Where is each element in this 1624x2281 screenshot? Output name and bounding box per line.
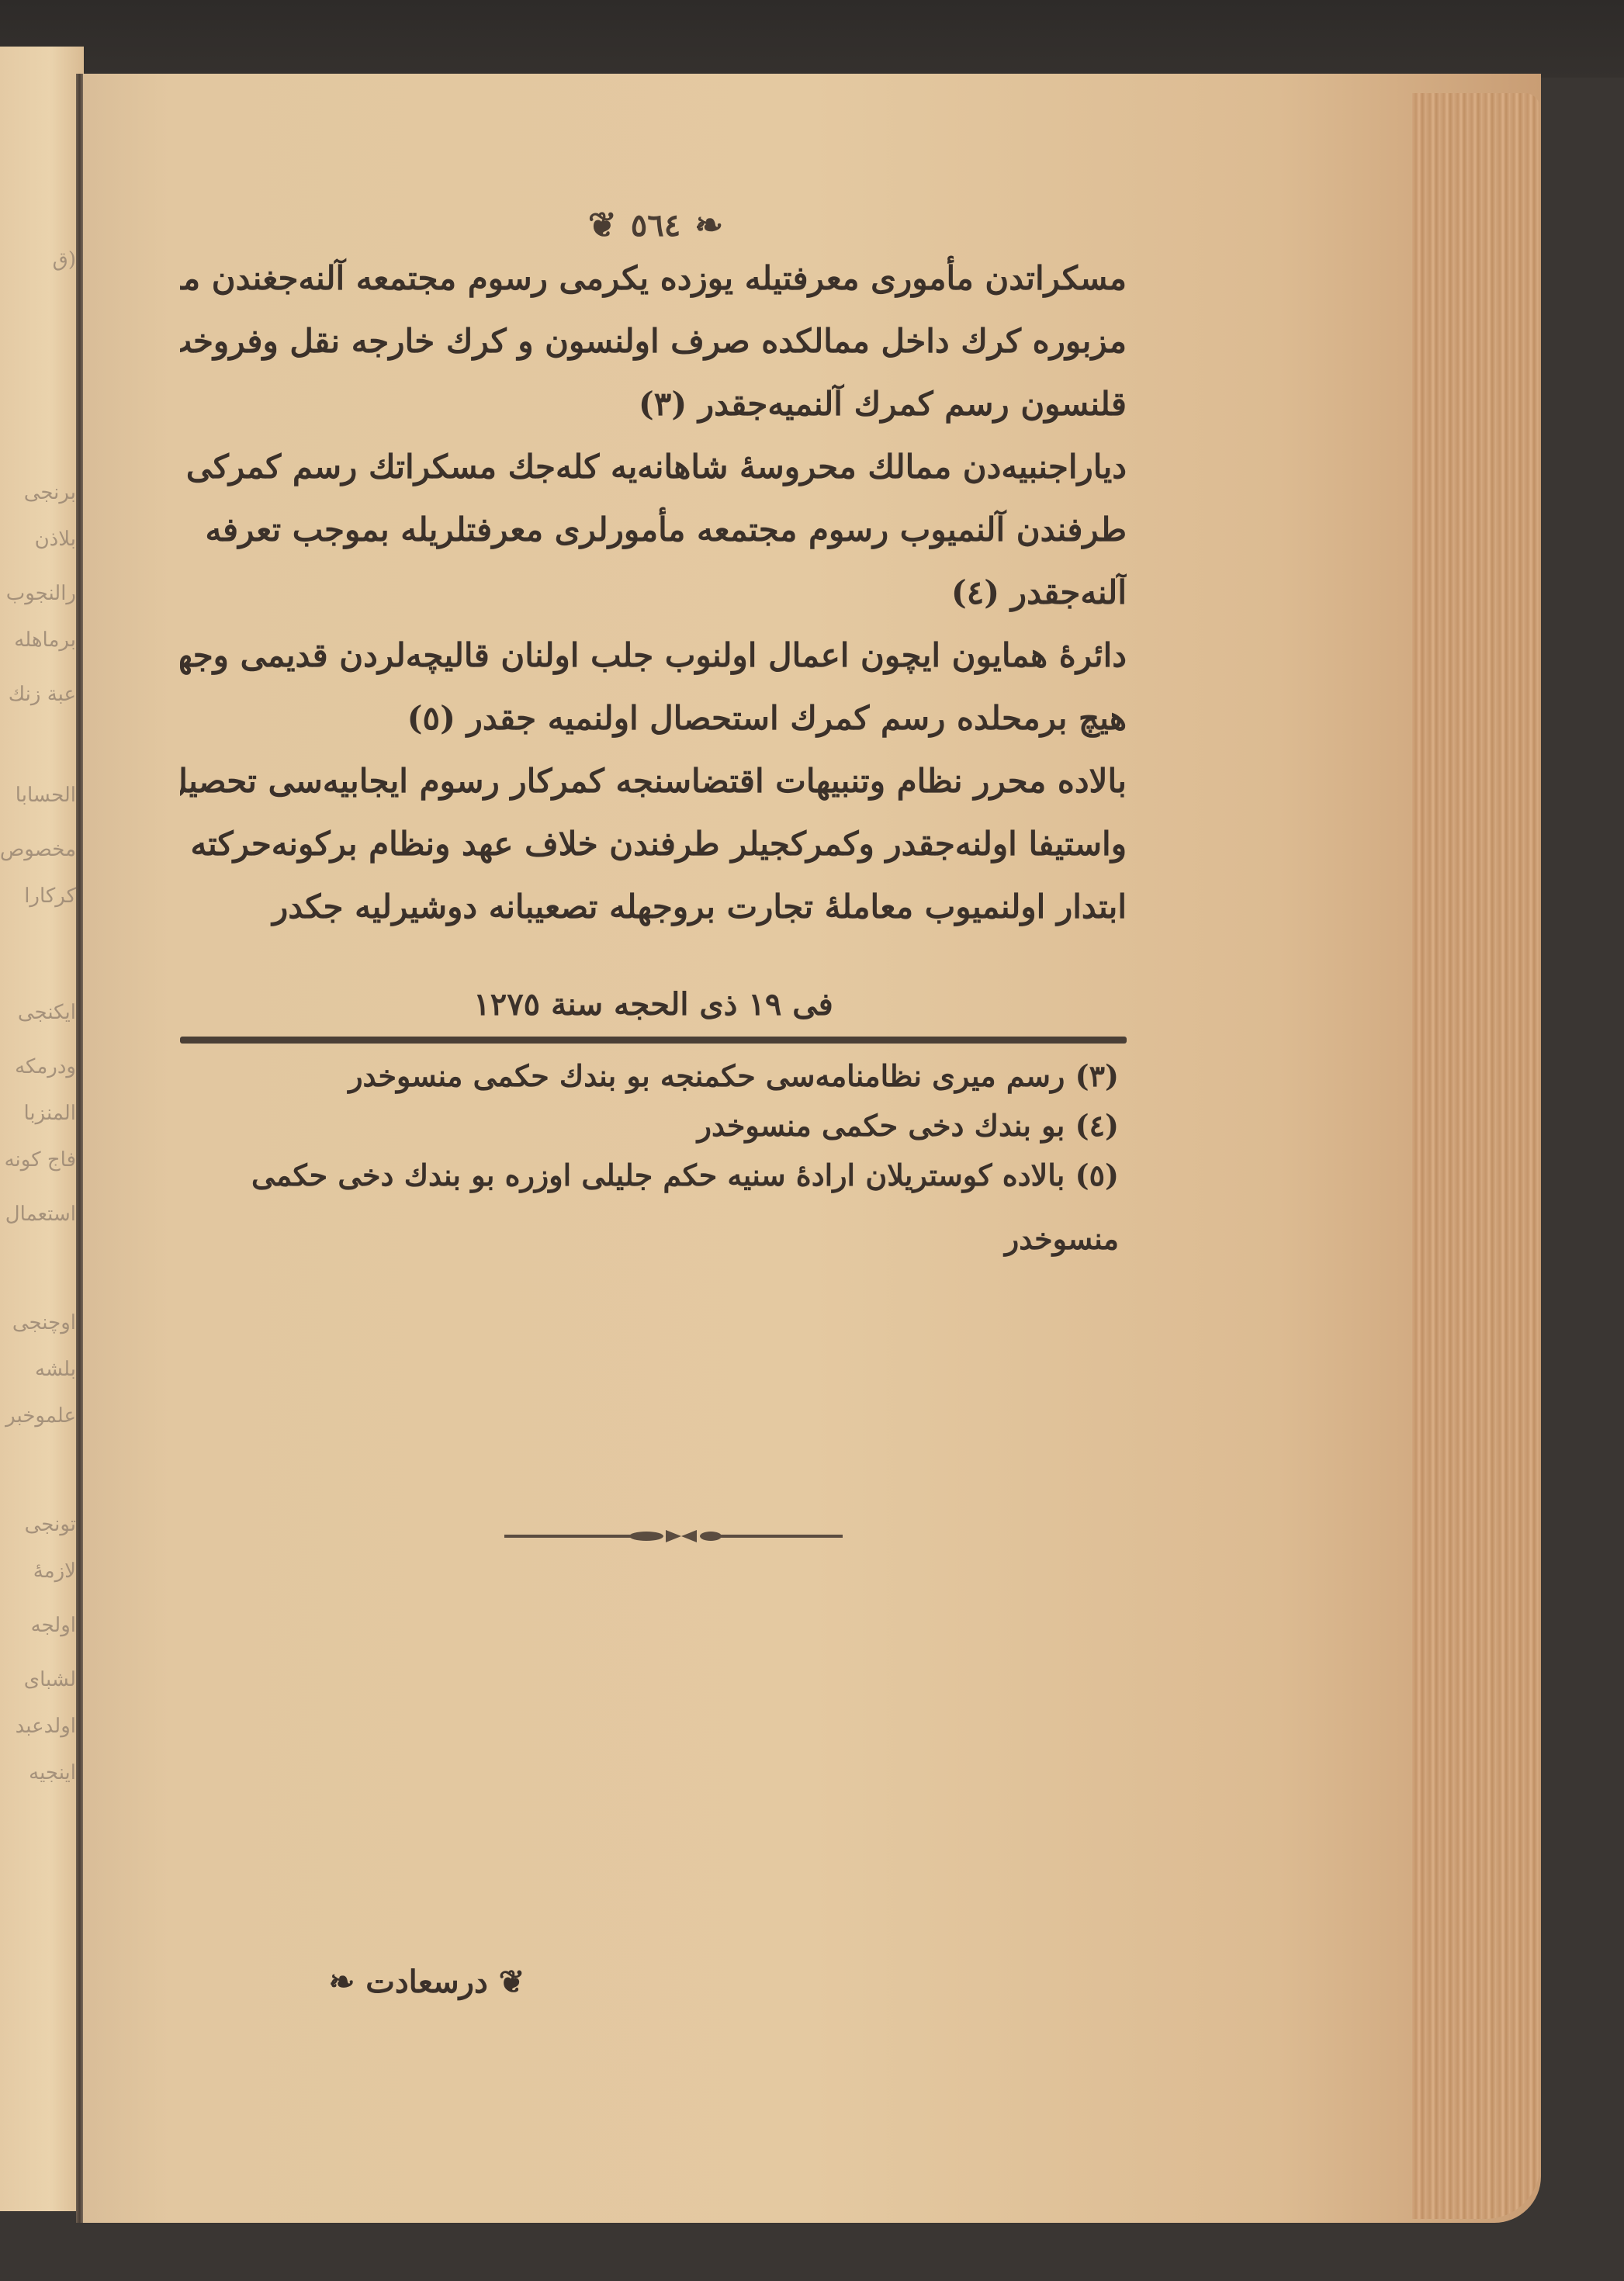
left-page-fragment: المنزبا xyxy=(23,1102,76,1125)
left-page-fragment: ودرمکه xyxy=(15,1055,76,1078)
left-page-fragment: اوچنجی xyxy=(12,1311,76,1334)
left-page-fragment: برماهله xyxy=(14,628,76,652)
faint-show-through xyxy=(660,1963,838,2002)
left-page-edge: (ق برنجی بلاذن رالنجوب برماهله عبة زنك ا… xyxy=(0,47,84,2211)
body-text: مسکراتدن مأموری معرفتیله یوزده یکرمی رسو… xyxy=(180,247,1127,938)
footnote-divider xyxy=(180,1037,1127,1044)
text-line: قلنسون رسم کمرك آلنمیه‌جقدر (٣) xyxy=(180,372,1127,435)
left-page-fragment: فاج کونه xyxy=(5,1148,76,1172)
left-page-fragment: لازمهٔ xyxy=(33,1559,76,1583)
text-line: طرفندن آلنمیوب رسوم مجتمعه مأمورلری معرف… xyxy=(180,498,1127,561)
left-page-fragment: اینجیه xyxy=(29,1761,76,1784)
background-top xyxy=(0,0,1624,78)
left-page-fragment: (ق xyxy=(53,248,76,272)
text-line: واستیفا اولنه‌جقدر وکمرکجیلر طرفندن خلاف… xyxy=(180,812,1127,875)
left-page-fragment: برنجی xyxy=(24,481,76,504)
footnote-5-continued: منسوخدر xyxy=(180,1200,1127,1278)
footnotes: (٣) رسم میری نظامنامه‌سی حکمنجه بو بندك … xyxy=(180,1051,1127,1278)
left-page-fragment: بلشه xyxy=(35,1358,76,1381)
page-footer: ❦ درسعادت ❧ xyxy=(295,1955,1148,2017)
text-line: مزبوره کرك داخل ممالکده صرف اولنسون و کر… xyxy=(180,310,1127,372)
text-line: دائرهٔ همایون ایچون اعمال اولنوب جلب اول… xyxy=(180,624,1127,687)
text-line: مسکراتدن مأموری معرفتیله یوزده یکرمی رسو… xyxy=(180,247,1127,310)
page-number: ٥٦٤ xyxy=(631,207,680,244)
left-page-fragment: استعمال xyxy=(5,1203,76,1226)
date-line: فی ١٩ ذی الحجه سنة ١٢٧٥ xyxy=(180,978,1127,1032)
footnote-3: (٣) رسم میری نظامنامه‌سی حکمنجه بو بندك … xyxy=(180,1051,1127,1101)
ornament-right-icon: ❧ xyxy=(694,206,723,245)
left-page-fragment: الحسابا xyxy=(16,784,76,807)
fleuron-divider-icon xyxy=(503,1527,844,1545)
imprint-location: ❦ درسعادت ❧ xyxy=(310,1955,543,2009)
ornament-left-icon: ❦ xyxy=(588,206,617,245)
left-page-fragment: بلاذن xyxy=(35,528,76,551)
text-line: هیچ برمحلده رسم کمرك استحصال اولنمیه جقد… xyxy=(180,687,1127,749)
text-line: ابتدار اولنمیوب معاملهٔ تجارت بروجهله تص… xyxy=(180,875,1127,938)
left-page-fragment: رالنجوب xyxy=(6,582,76,605)
left-page-fragment: علموخبر xyxy=(5,1404,76,1428)
footnote-5: (٥) بالاده کوستریلان ارادهٔ سنیه حکم جلی… xyxy=(180,1151,1127,1200)
text-line: آلنه‌جقدر (٤) xyxy=(180,561,1127,624)
page-edges-stack xyxy=(1412,93,1540,2219)
text-line: بالاده محرر نظام وتنبیهات اقتضاسنجه کمرک… xyxy=(180,749,1127,812)
left-page-fragment: اولدعبد xyxy=(16,1715,76,1738)
left-page-fragment: مخصوص xyxy=(0,838,76,861)
book-gutter xyxy=(76,74,83,2223)
left-page-fragment: ایکنجی xyxy=(18,1001,76,1024)
left-page-fragment: کرکارا xyxy=(24,884,76,908)
footnote-4: (٤) بو بندك دخی حکمی منسوخدر xyxy=(180,1101,1127,1151)
left-page-fragment: لشبای xyxy=(24,1668,76,1691)
text-line: دیاراجنبیه‌دن ممالك محروسهٔ شاهانه‌یه کل… xyxy=(180,435,1127,498)
left-page-fragment: تونجی xyxy=(25,1513,76,1536)
left-page-fragment: عبة زنك xyxy=(9,683,76,706)
left-page-fragment: اولجه xyxy=(31,1614,76,1637)
faint-show-through xyxy=(900,1963,1133,2002)
